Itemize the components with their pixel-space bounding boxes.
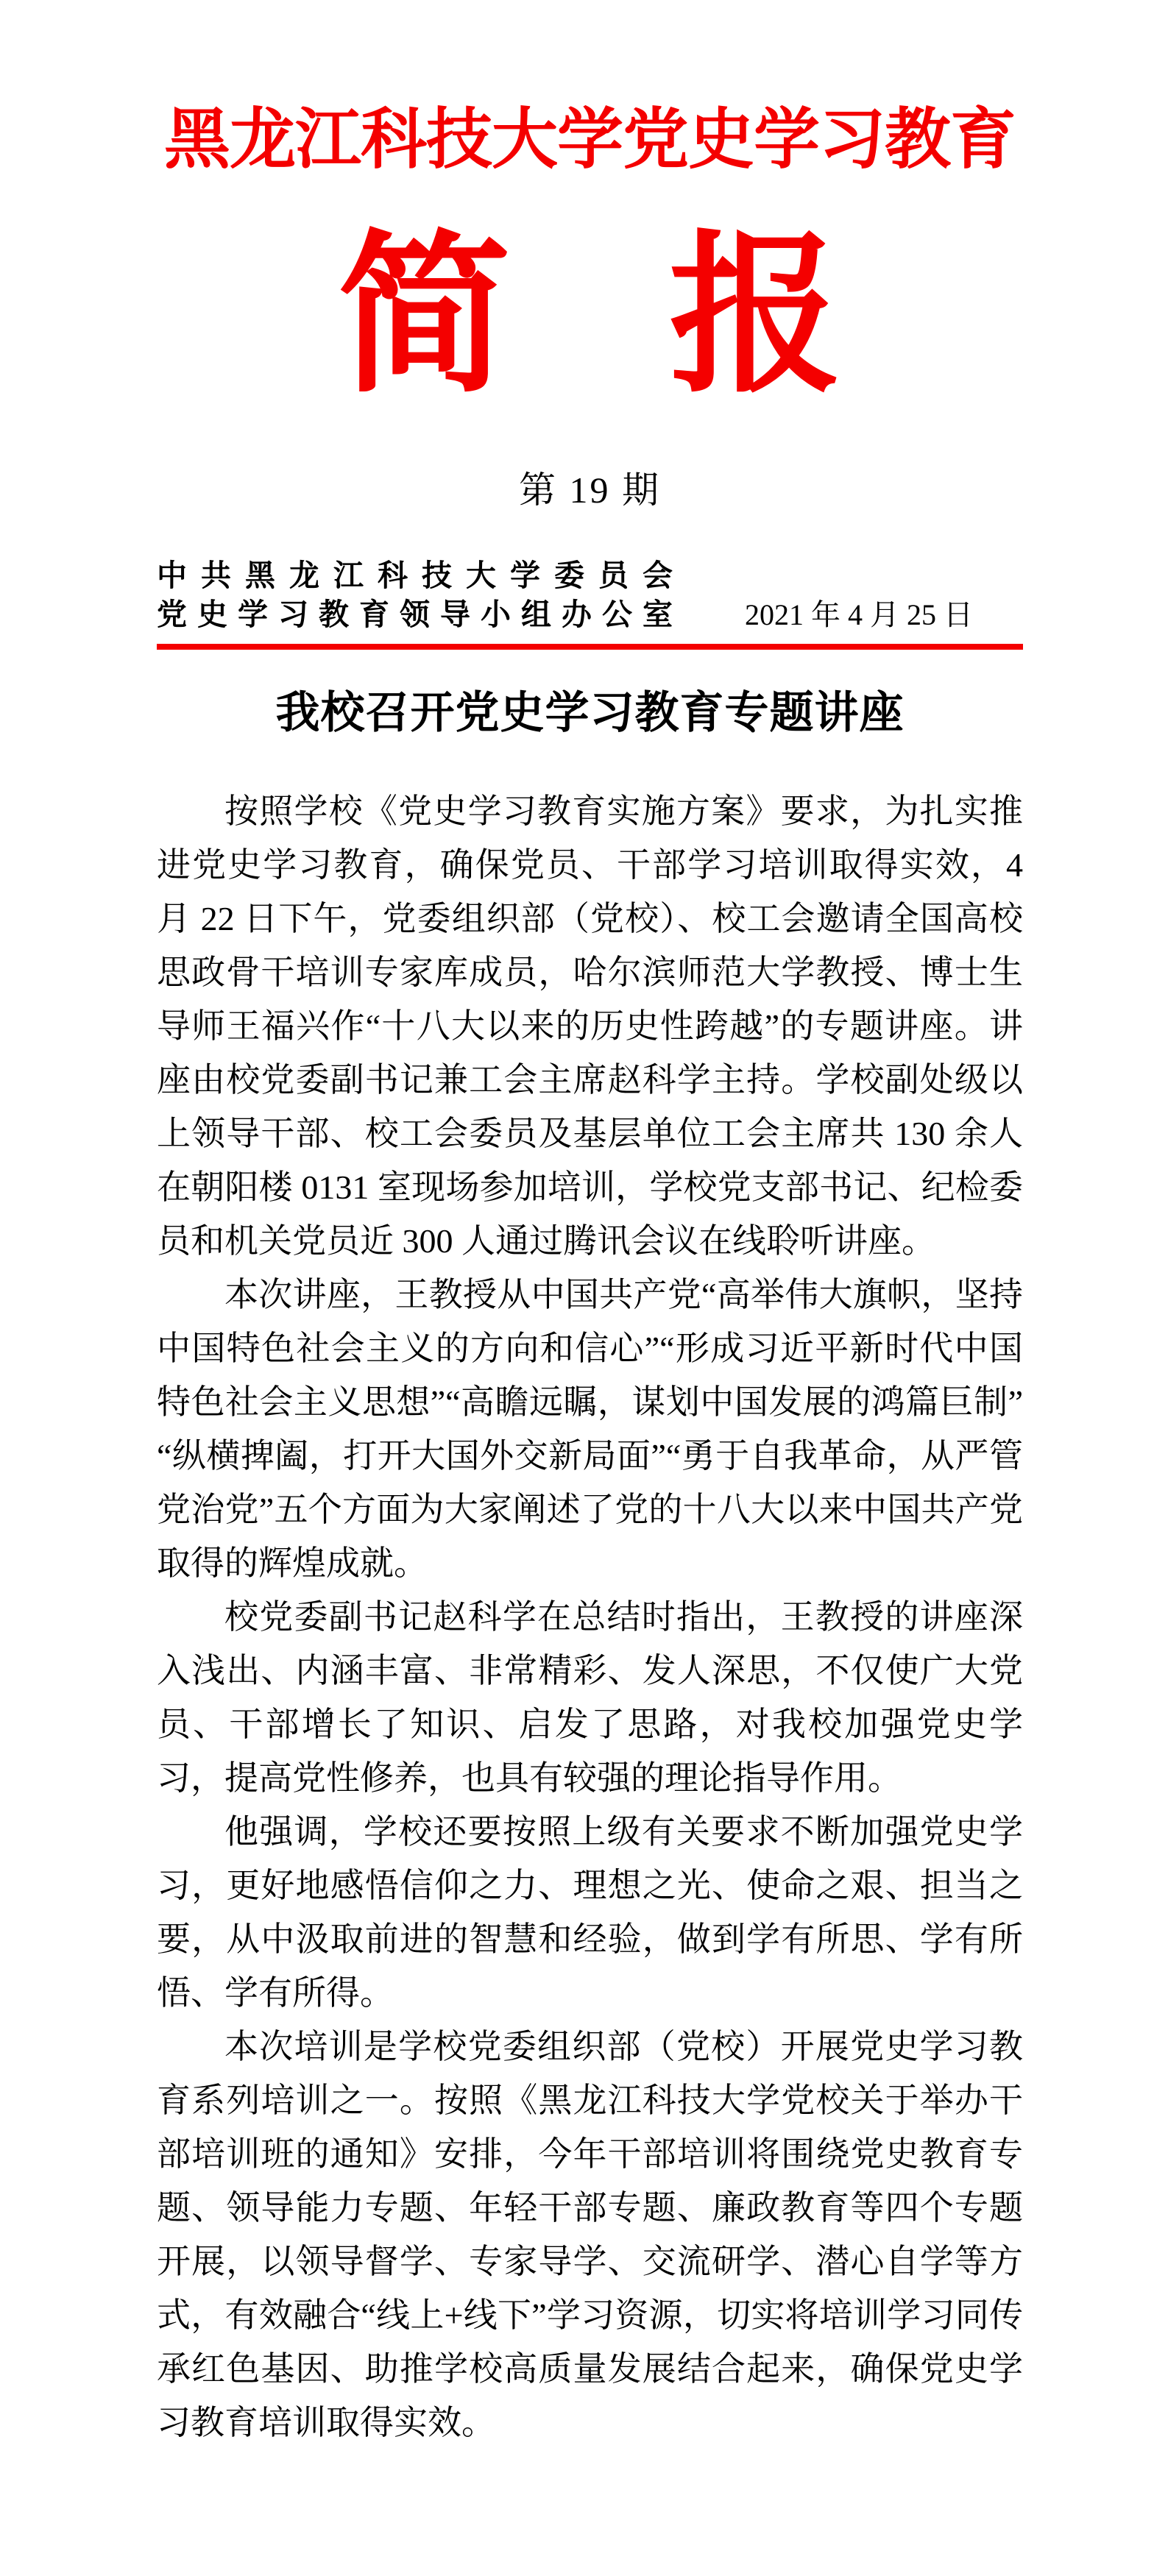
issue-number: 第 19 期	[157, 461, 1023, 514]
bulletin-page: 黑龙江科技大学党史学习教育 简 报 第 19 期 中共黑龙江科技大学委员会 党史…	[0, 0, 1168, 2576]
bulletin-char-jian: 简	[338, 223, 511, 410]
committee-line-2: 党史学习教育领导小组办公室	[157, 595, 687, 634]
article-title: 我校召开党史学习教育专题讲座	[157, 688, 1023, 739]
bulletin-name: 简 报	[157, 223, 1023, 410]
article-paragraph-1: 按照学校《党史学习教育实施方案》要求，为扎实推进党史学习教育，确保党员、干部学习…	[157, 784, 1023, 1268]
masthead-title: 黑龙江科技大学党史学习教育	[157, 99, 1023, 182]
bulletin-char-bao: 报	[669, 223, 842, 410]
issuer-committee: 中共黑龙江科技大学委员会 党史学习教育领导小组办公室	[157, 556, 687, 634]
article-paragraph-4: 他强调，学校还要按照上级有关要求不断加强党史学习，更好地感悟信仰之力、理想之光、…	[157, 1805, 1023, 2020]
issuer-block: 中共黑龙江科技大学委员会 党史学习教育领导小组办公室 2021 年 4 月 25…	[157, 556, 1023, 634]
article-paragraph-2: 本次讲座，王教授从中国共产党“高举伟大旗帜，坚持中国特色社会主义的方向和信心”“…	[157, 1268, 1023, 1590]
divider-rule	[157, 644, 1023, 650]
article-body: 按照学校《党史学习教育实施方案》要求，为扎实推进党史学习教育，确保党员、干部学习…	[157, 784, 1023, 2449]
article-paragraph-5: 本次培训是学校党委组织部（党校）开展党史学习教育系列培训之一。按照《黑龙江科技大…	[157, 2020, 1023, 2449]
committee-line-1: 中共黑龙江科技大学委员会	[157, 556, 687, 595]
issue-date: 2021 年 4 月 25 日	[745, 595, 1023, 634]
article-paragraph-3: 校党委副书记赵科学在总结时指出，王教授的讲座深入浅出、内涵丰富、非常精彩、发人深…	[157, 1590, 1023, 1805]
